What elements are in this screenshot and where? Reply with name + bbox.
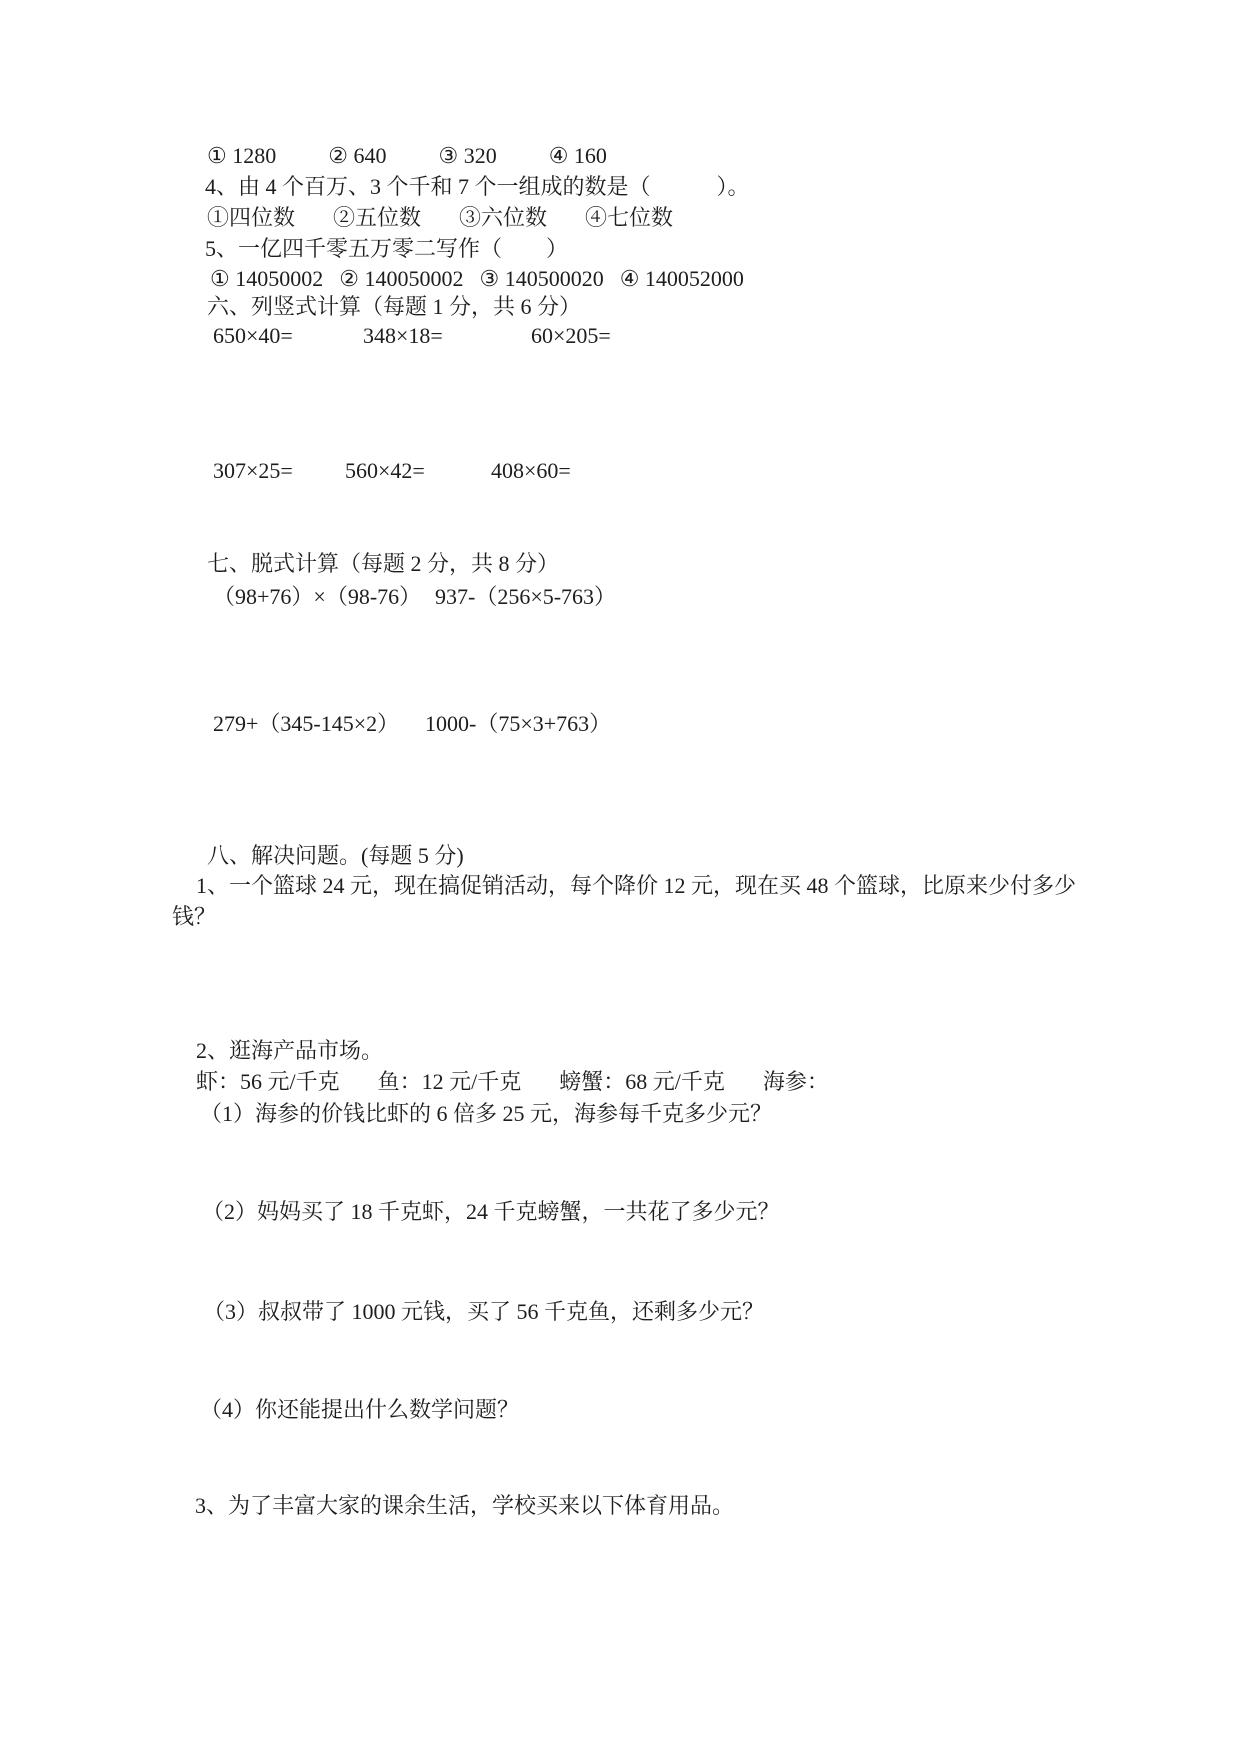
- q4-options-item: ③六位数: [459, 202, 547, 233]
- price-list-item: 螃蟹：68 元/千克: [559, 1066, 725, 1097]
- q4-options-item: ④七位数: [585, 202, 673, 233]
- q3-options-item: ② 640: [328, 140, 386, 171]
- expr-row-2-item: 1000-（75×3+763）: [425, 708, 611, 739]
- calc-row-2-item: 307×25=: [213, 455, 345, 486]
- q3-options: ① 1280② 640③ 320④ 160: [207, 140, 607, 171]
- sub-question-3: （3）叔叔带了 1000 元钱，买了 56 千克鱼，还剩多少元？: [203, 1296, 764, 1327]
- q4: 4、由 4 个百万、3 个千和 7 个一组成的数是（ ）。: [205, 171, 750, 202]
- word-problem-1: 1、一个篮球 24 元，现在搞促销活动，每个降价 12 元，现在买 48 个篮球…: [172, 870, 1077, 932]
- calc-row-1-item: 650×40=: [213, 320, 363, 351]
- calc-row-1-item: 60×205=: [531, 320, 611, 351]
- section-7-heading: 七、脱式计算（每题 2 分，共 8 分）: [207, 548, 559, 579]
- q4-options-item: ①四位数: [207, 202, 295, 233]
- calc-row-2-item: 408×60=: [491, 455, 571, 486]
- q5-options-item: ① 14050002: [210, 263, 323, 294]
- q4-options: ①四位数②五位数③六位数④七位数: [207, 202, 673, 233]
- q5-options-item: ③ 140500020: [479, 263, 603, 294]
- expr-row-1-item: 937-（256×5-763）: [435, 581, 616, 612]
- q3-options-item: ④ 160: [549, 140, 607, 171]
- document-page: ① 1280② 640③ 320④ 1604、由 4 个百万、3 个千和 7 个…: [0, 0, 1241, 1754]
- price-list-item: 鱼：12 元/千克: [378, 1066, 522, 1097]
- calc-row-1: 650×40=348×18=60×205=: [213, 320, 611, 351]
- q5: 5、一亿四千零五万零二写作（ ）: [205, 233, 568, 264]
- q5-options-item: ② 140050002: [339, 263, 463, 294]
- word-problem-3: 3、为了丰富大家的课余生活，学校买来以下体育用品。: [195, 1490, 734, 1521]
- price-list: 虾：56 元/千克鱼：12 元/千克螃蟹：68 元/千克海参：: [196, 1066, 829, 1097]
- calc-row-2: 307×25=560×42=408×60=: [213, 455, 571, 486]
- section-8-heading: 八、解决问题。(每题 5 分): [207, 840, 464, 871]
- q3-options-item: ① 1280: [207, 140, 276, 171]
- section-6-heading: 六、列竖式计算（每题 1 分，共 6 分）: [207, 291, 581, 322]
- price-list-item: 虾：56 元/千克: [196, 1066, 340, 1097]
- calc-row-1-item: 348×18=: [363, 320, 531, 351]
- q4-options-item: ②五位数: [333, 202, 421, 233]
- expr-row-2: 279+（345-145×2）1000-（75×3+763）: [213, 708, 611, 739]
- expr-row-1-item: （98+76）×（98-76）: [213, 581, 435, 612]
- expr-row-2-item: 279+（345-145×2）: [213, 708, 425, 739]
- price-list-item: 海参：: [763, 1066, 829, 1097]
- sub-question-1: （1）海参的价钱比虾的 6 倍多 25 元，海参每千克多少元？: [200, 1098, 772, 1129]
- expr-row-1: （98+76）×（98-76）937-（256×5-763）: [213, 581, 616, 612]
- word-problem-2: 2、逛海产品市场。: [172, 1035, 383, 1066]
- sub-question-2: （2）妈妈买了 18 千克虾，24 千克螃蟹，一共花了多少元？: [202, 1196, 780, 1227]
- sub-question-4: （4）你还能提出什么数学问题？: [200, 1394, 519, 1425]
- q5-options-item: ④ 140052000: [620, 263, 744, 294]
- q5-options: ① 14050002② 140050002③ 140500020④ 140052…: [210, 263, 744, 294]
- q3-options-item: ③ 320: [438, 140, 496, 171]
- calc-row-2-item: 560×42=: [345, 455, 491, 486]
